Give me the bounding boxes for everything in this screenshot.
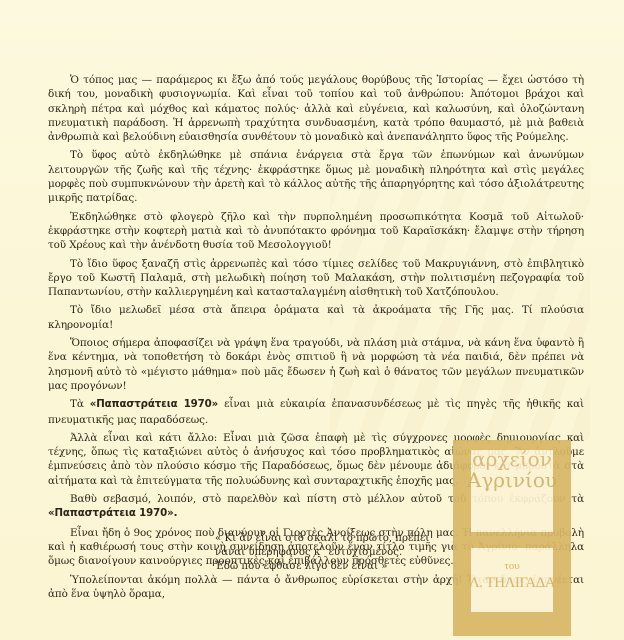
watermark-author-text: Λ. ΤΗΛΙΓΑΔΑ <box>453 575 571 592</box>
paragraph-text: Τὸ ὕφος αὐτὸ ἐκδηλώθηκε μὲ σπάνια ἐνάργε… <box>48 149 584 204</box>
paragraph: Τὸ ἴδιο ὕφος ξαναζῆ στὶς ἀρρενωπὲς καὶ τ… <box>48 257 584 300</box>
poem-line: « Κι ἂν εἶναι στὸ σκαλὶ τὸ πρῶτο, πρέπει <box>215 532 429 546</box>
poem-line: νάναι ὑπερήφανος κ᾽ εὐτυχισμένος. <box>215 546 429 560</box>
paragraph-text: Ἐκδηλώθηκε στὸ φλογερὸ ζῆλο καὶ τὴν πυρπ… <box>48 211 584 252</box>
paragraph-text: Τὸ ἴδιο ὕφος ξαναζῆ στὶς ἀρρενωπὲς καὶ τ… <box>48 258 584 299</box>
paragraph: Τὰ «Παπαστράτεια 1970» εἶναι μιὰ εὐκαιρί… <box>48 397 584 427</box>
paragraph: Τὸ ἴδιο μελωδεῖ μέσα στὰ ἄπειρα ὁράματα … <box>48 303 584 332</box>
paragraph: Τὸ ὕφος αὐτὸ ἐκδηλώθηκε μὲ σπάνια ἐνάργε… <box>48 148 584 205</box>
paragraph-text: Ὅποιος σήμερα ἀποφασίζει νὰ γράψη ἕνα τρ… <box>48 337 584 392</box>
paragraph-text: Τὰ <box>70 398 90 410</box>
scanned-page: Ὁ τόπος μας — παράμερος κι ἔξω ἀπό τούς … <box>0 0 624 640</box>
paragraph: Ὅποιος σήμερα ἀποφασίζει νὰ γράψη ἕνα τρ… <box>48 336 584 393</box>
event-name-emphasis: «Παπαστράτεια 1970». <box>48 508 177 519</box>
poem-quote: « Κι ἂν εἶναι στὸ σκαλὶ τὸ πρῶτο, πρέπει… <box>215 532 429 573</box>
watermark-tou-text: του <box>453 560 571 572</box>
watermark-archive-text: αρχείον <box>453 449 571 469</box>
watermark-city-text: Αγρινίου <box>453 470 571 490</box>
event-name-emphasis: «Παπαστράτεια 1970» <box>90 399 218 410</box>
paragraph-text: Ὁ τόπος μας — παράμερος κι ἔξω ἀπό τούς … <box>48 74 584 143</box>
paragraph: Ἐκδηλώθηκε στὸ φλογερὸ ζῆλο καὶ τὴν πυρπ… <box>48 210 584 253</box>
paragraph: Ὁ τόπος μας — παράμερος κι ἔξω ἀπό τούς … <box>48 73 584 144</box>
poem-line: Ἐδῶ ποὺ ἔφθασε λίγο δὲν εἶναι » <box>215 560 429 574</box>
paragraph-text: Τὸ ἴδιο μελωδεῖ μέσα στὰ ἄπειρα ὁράματα … <box>48 304 584 330</box>
